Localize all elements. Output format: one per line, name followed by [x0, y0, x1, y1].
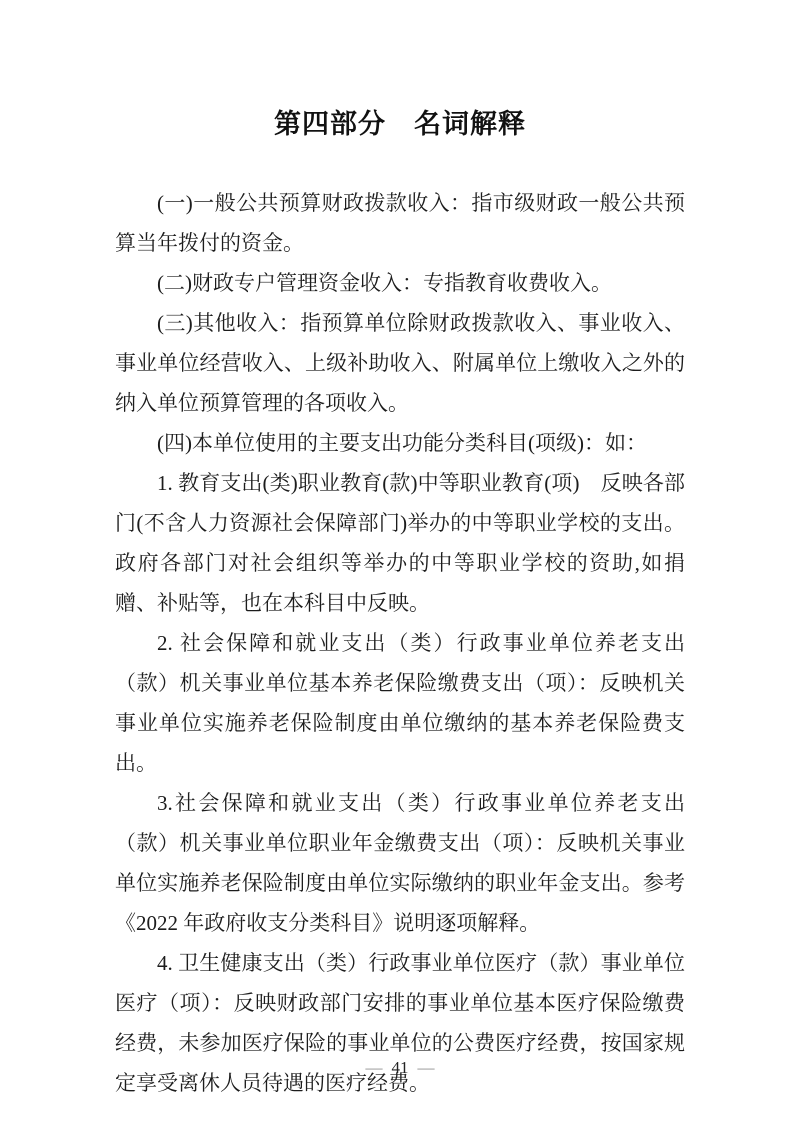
footer-dash-right: — — [418, 1058, 435, 1077]
body-paragraph: (三)其他收入：指预算单位除财政拨款收入、事业收入、事业单位经营收入、上级补助收… — [115, 303, 685, 423]
body-paragraph: 3.社会保障和就业支出（类）行政事业单位养老支出（款）机关事业单位职业年金缴费支… — [115, 783, 685, 943]
body-paragraph: (一)一般公共预算财政拨款收入：指市级财政一般公共预算当年拨付的资金。 — [115, 183, 685, 263]
page-number: 41 — [392, 1058, 409, 1077]
body-paragraph: 2. 社会保障和就业支出（类）行政事业单位养老支出（款）机关事业单位基本养老保险… — [115, 623, 685, 783]
body-paragraph: 4. 卫生健康支出（类）行政事业单位医疗（款）事业单位医疗（项）：反映财政部门安… — [115, 943, 685, 1103]
page-title: 第四部分 名词解释 — [115, 106, 685, 142]
document-body: (一)一般公共预算财政拨款收入：指市级财政一般公共预算当年拨付的资金。 (二)财… — [115, 183, 685, 1103]
body-paragraph: (二)财政专户管理资金收入：专指教育收费收入。 — [115, 263, 685, 303]
body-paragraph: (四)本单位使用的主要支出功能分类科目(项级)：如： — [115, 423, 685, 463]
page-footer: —41— — [0, 1057, 800, 1079]
body-paragraph: 1. 教育支出(类)职业教育(款)中等职业教育(项) 反映各部门(不含人力资源社… — [115, 463, 685, 623]
document-page: 第四部分 名词解释 (一)一般公共预算财政拨款收入：指市级财政一般公共预算当年拨… — [0, 0, 800, 1131]
footer-dash-left: — — [366, 1058, 383, 1077]
